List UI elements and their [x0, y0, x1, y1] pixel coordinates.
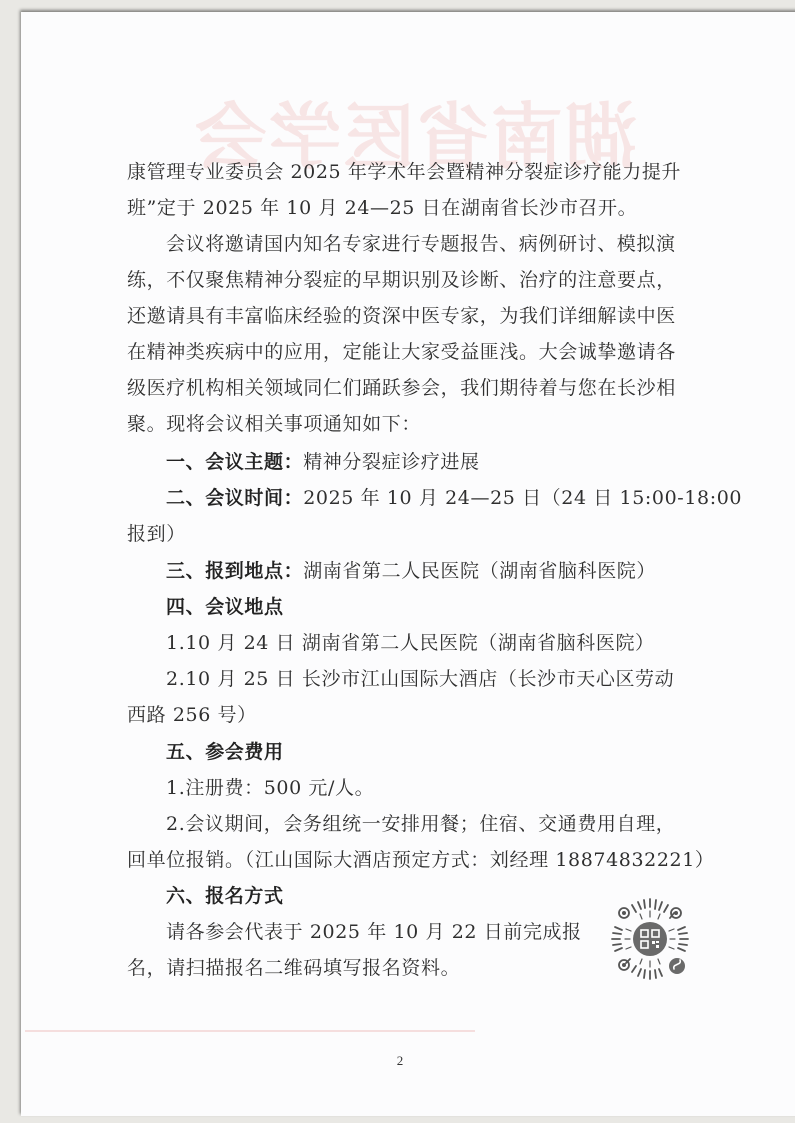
- body-line: 班”定于 2025 年 10 月 24—25 日在湖南省长沙市召开。: [127, 195, 727, 221]
- body-line: 会议将邀请国内知名专家进行专题报告、病例研讨、模拟演: [166, 231, 766, 257]
- body-line: 聚。现将会议相关事项通知如下：: [127, 411, 727, 437]
- section-theme: 一、会议主题：精神分裂症诊疗进展: [166, 449, 766, 475]
- body-line: 级医疗机构相关领域同仁们踊跃参会，我们期待着与您在长沙相: [127, 375, 727, 401]
- section-value: 2025 年 10 月 24—25 日（24 日 15:00-18:00: [303, 487, 742, 509]
- section-value: 精神分裂症诊疗进展: [303, 451, 479, 473]
- registration-qr-code[interactable]: [604, 893, 696, 985]
- section-time: 二、会议时间：2025 年 10 月 24—25 日（24 日 15:00-18…: [166, 485, 766, 511]
- wechat-mini-program-code-icon: [604, 893, 696, 985]
- body-line: 康管理专业委员会 2025 年学术年会暨精神分裂症诊疗能力提升: [127, 159, 727, 185]
- body-line: 在精神类疾病中的应用，定能让大家受益匪浅。大会诚挚邀请各: [127, 339, 727, 365]
- section-checkin: 三、报到地点：湖南省第二人民医院（湖南省脑科医院）: [166, 558, 766, 584]
- section-venue-heading: 四、会议地点: [166, 594, 766, 620]
- fee-item: 1.注册费：500 元/人。: [166, 775, 766, 801]
- venue-item: 1.10 月 24 日 湖南省第二人民医院（湖南省脑科医院）: [166, 630, 766, 656]
- section-value: 湖南省第二人民医院（湖南省脑科医院）: [303, 560, 656, 582]
- section-time-continuation: 报到）: [127, 521, 727, 547]
- section-heading: 三、报到地点：: [166, 560, 303, 582]
- section-fee-heading: 五、参会费用: [166, 739, 766, 765]
- body-line: 练，不仅聚焦精神分裂症的早期识别及诊断、治疗的注意要点，: [127, 267, 727, 293]
- venue-item: 2.10 月 25 日 长沙市江山国际大酒店（长沙市天心区劳动: [166, 666, 766, 692]
- section-heading: 一、会议主题：: [166, 451, 303, 473]
- venue-item-continuation: 西路 256 号）: [127, 702, 727, 728]
- section-heading: 二、会议时间：: [166, 487, 303, 509]
- fee-item-continuation: 回单位报销。（江山国际大酒店预定方式：刘经理 18874832221）: [127, 847, 727, 873]
- fee-item: 2.会议期间，会务组统一安排用餐；住宿、交通费用自理，: [166, 811, 766, 837]
- page-number: 2: [390, 1053, 410, 1069]
- bleed-through-rule: [25, 1030, 475, 1032]
- body-line: 还邀请具有丰富临床经验的资深中医专家，为我们详细解读中医: [127, 303, 727, 329]
